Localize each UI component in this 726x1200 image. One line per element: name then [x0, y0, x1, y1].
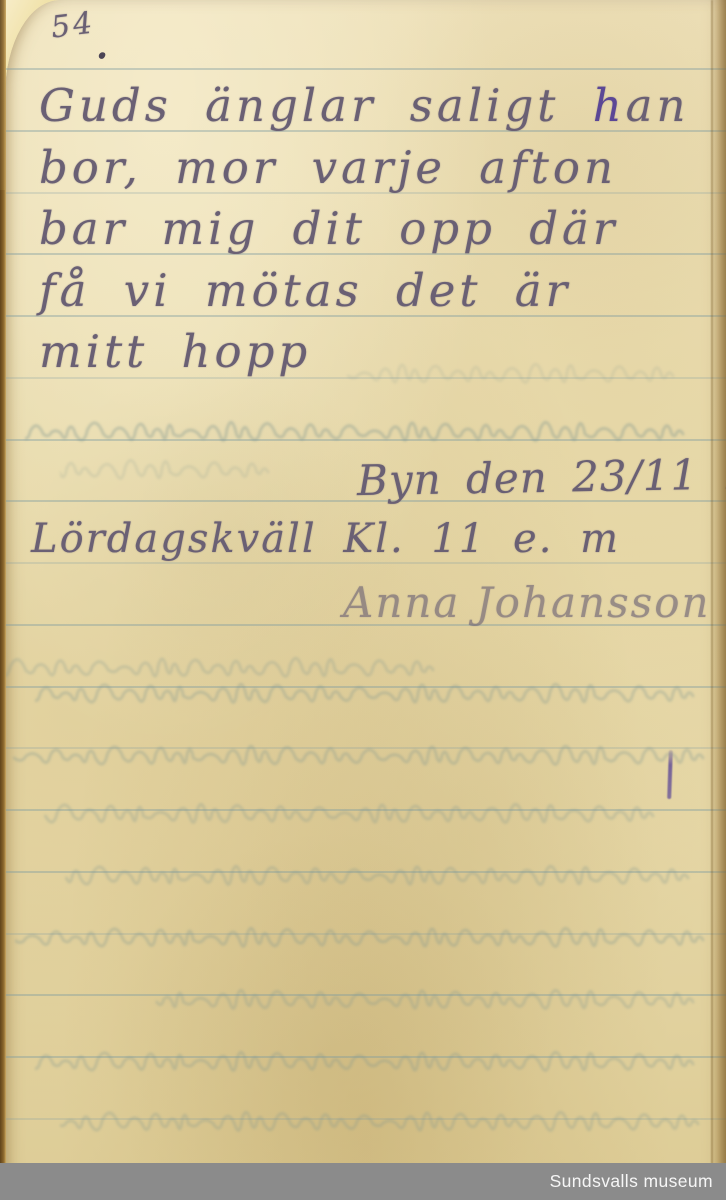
diary-line-1: Guds änglar saligt han: [39, 74, 726, 136]
left-page-edge: [0, 0, 6, 1200]
page-crease: [711, 0, 713, 1200]
bleed-through-line: [60, 448, 270, 484]
diary-line-2: bor, mor varje afton: [39, 136, 726, 198]
diary-line-5: mitt hopp: [39, 320, 726, 382]
signature: Anna Johansson: [343, 578, 711, 627]
ruled-line: [5, 562, 726, 564]
ink-text: bar mig dit opp där: [39, 202, 618, 255]
page-number: 54: [49, 5, 97, 45]
bleed-through-line: [25, 410, 685, 446]
ink-speck: [98, 51, 106, 60]
ink-text: få vi mötas det är: [39, 264, 571, 317]
ruled-line: [5, 68, 726, 70]
bleed-through-line: [15, 916, 705, 952]
dateline: Byn den 23/11 1919: [357, 448, 726, 505]
bleed-through-line: [60, 1100, 700, 1136]
ink-text: an: [626, 79, 690, 132]
museum-watermark-bar: Sundsvalls museum: [0, 1163, 726, 1200]
diary-text: Guds änglar saligt hanbor, mor varje aft…: [39, 74, 726, 382]
diary-line-4: få vi mötas det är: [39, 259, 726, 321]
bleed-through-line: [155, 978, 695, 1014]
diary-page-scan: 54 Guds änglar saligt hanbor, mor varje …: [0, 0, 726, 1200]
bleed-through-line: [5, 734, 705, 770]
museum-watermark-label: Sundsvalls museum: [550, 1171, 713, 1192]
bleed-through-line: [35, 672, 695, 708]
time-line: Lördagskväll Kl. 11 e. m: [31, 516, 620, 562]
diary-line-3: bar mig dit opp där: [39, 197, 726, 259]
purple-ink-letter: h: [593, 79, 626, 132]
bleed-through-line: [60, 854, 690, 890]
ink-text: mitt hopp: [39, 325, 311, 378]
ink-text: Guds änglar saligt: [39, 79, 593, 132]
bleed-through-line: [35, 792, 655, 828]
paper: 54 Guds änglar saligt hanbor, mor varje …: [5, 0, 726, 1200]
purple-pen-mark: [667, 750, 673, 799]
ink-text: bor, mor varje afton: [39, 141, 617, 194]
bleed-through-line: [35, 1040, 695, 1076]
